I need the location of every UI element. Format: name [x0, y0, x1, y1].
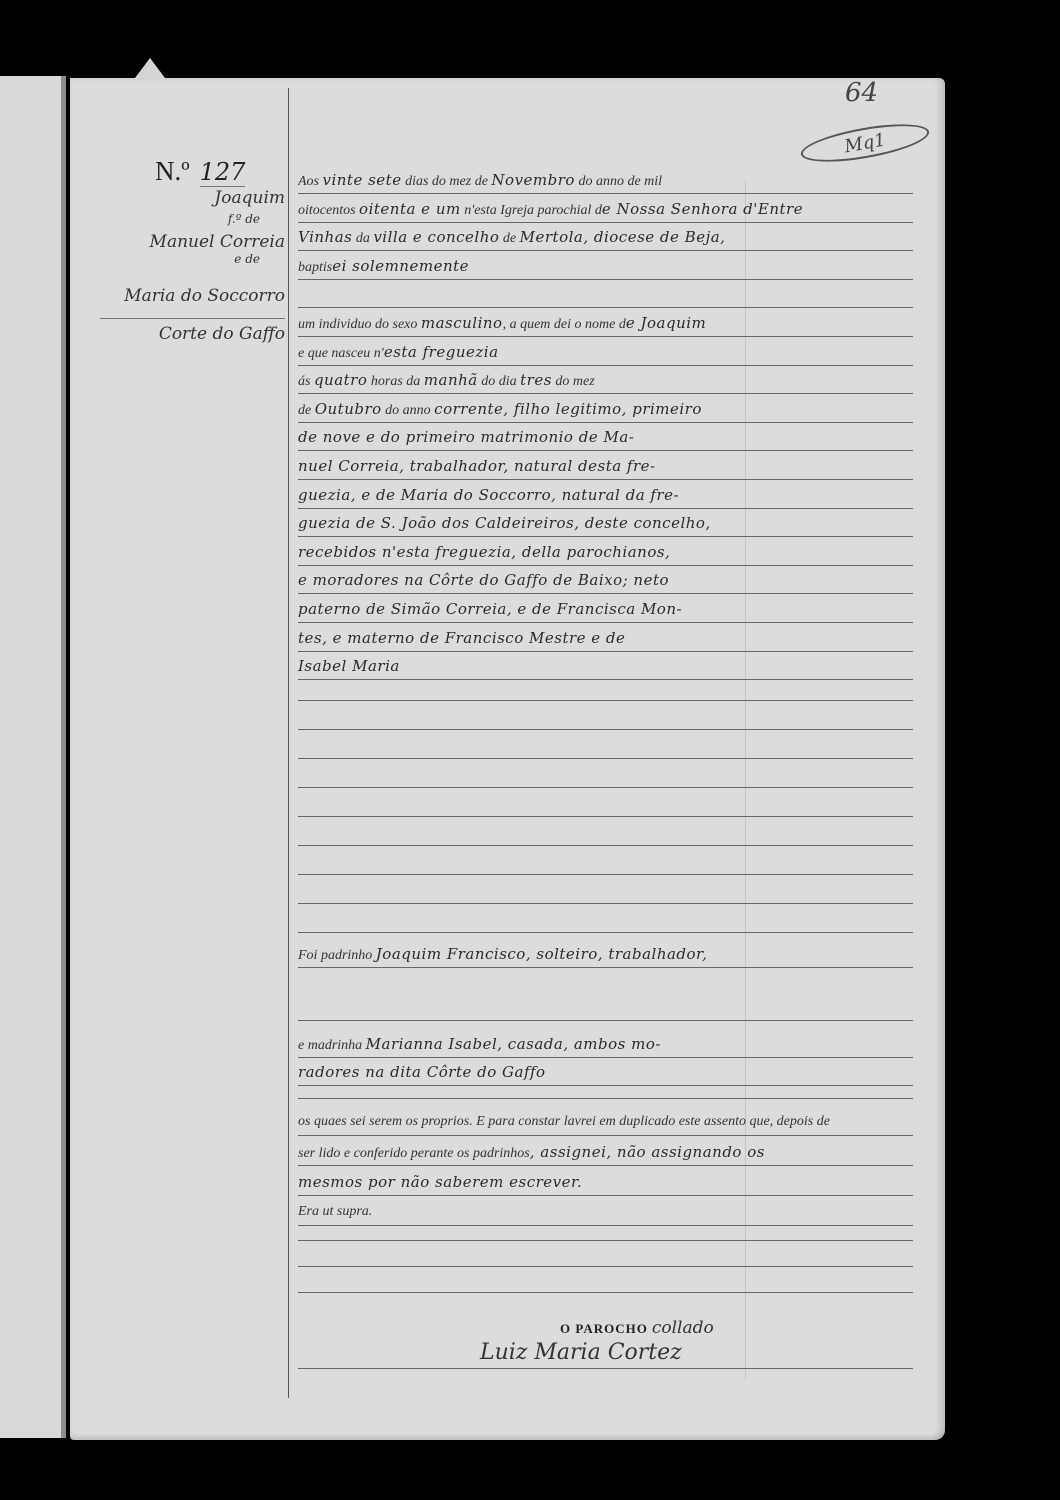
register-line: nuel Correia, trabalhador, natural desta…: [298, 452, 913, 480]
register-line: [298, 280, 913, 308]
blank-rule: [298, 816, 913, 817]
entry-number-label: N.º: [155, 156, 190, 186]
handwritten-text: paterno de Simão Correia, e de Francisca…: [298, 600, 682, 618]
margin-column-rule: [288, 88, 289, 1398]
printed-text: Era ut supra.: [298, 1204, 372, 1219]
blank-rule: [298, 874, 913, 875]
register-line: baptisei solemnemente: [298, 252, 913, 280]
handwritten-text: Novembro: [491, 171, 575, 189]
handwritten-text: Marianna Isabel, casada, ambos mo-: [366, 1035, 661, 1053]
printed-text: do dia: [478, 374, 520, 389]
blank-rule: [298, 1266, 913, 1267]
signature-rule: [298, 1368, 913, 1369]
handwritten-text: guezia de S. João dos Caldeireiros, dest…: [298, 514, 711, 532]
blank-rule: [298, 1098, 913, 1099]
printed-text: horas da: [367, 374, 423, 389]
handwritten-text: corrente, filho legitimo, primeiro: [434, 400, 702, 418]
entry-number: N.º127: [155, 156, 245, 187]
blank-rule: [298, 700, 913, 701]
printed-text: ás: [298, 374, 314, 389]
priest-signature: Luiz Maria Cortez: [480, 1340, 682, 1365]
printed-text: os quaes sei serem os proprios. E para c…: [298, 1114, 830, 1129]
printed-text: n'esta Igreja parochial d: [461, 203, 602, 218]
handwritten-text: e Nossa Senhora d'Entre: [602, 200, 803, 218]
handwritten-text: Joaquim Francisco, solteiro, trabalhador…: [376, 945, 708, 963]
handwritten-text: radores na dita Côrte do Gaffo: [298, 1063, 546, 1081]
handwritten-text: guezia, e de Maria do Soccorro, natural …: [298, 486, 679, 504]
parish-priest-label: O PAROCHOcollado: [560, 1318, 714, 1338]
blank-rule: [298, 1020, 913, 1021]
handwritten-text: tres: [520, 371, 552, 389]
blank-rule: [298, 729, 913, 730]
printed-text: , a quem dei o nome d: [503, 317, 626, 332]
blank-rule: [298, 932, 913, 933]
handwritten-text: Vinhas: [298, 228, 352, 246]
margin-name: Joaquim: [110, 188, 285, 208]
printed-text: baptis: [298, 260, 332, 275]
printed-text: um individuo do sexo: [298, 317, 421, 332]
register-line: de Outubro do anno corrente, filho legit…: [298, 395, 913, 423]
register-line: de nove e do primeiro matrimonio de Ma-: [298, 423, 913, 451]
register-line: guezia de S. João dos Caldeireiros, dest…: [298, 509, 913, 537]
handwritten-text: vinte sete: [323, 171, 402, 189]
margin-mother: Maria do Soccorro: [80, 286, 285, 306]
handwritten-text: manhã: [424, 371, 478, 389]
register-line: Era ut supra.: [298, 1198, 913, 1226]
register-line: recebidos n'esta freguezia, della paroch…: [298, 538, 913, 566]
register-line: radores na dita Côrte do Gaffo: [298, 1058, 913, 1086]
handwritten-text: ei solemnemente: [332, 257, 469, 275]
register-line: os quaes sei serem os proprios. E para c…: [298, 1108, 913, 1136]
handwritten-text: de nove e do primeiro matrimonio de Ma-: [298, 428, 634, 446]
facing-page-edge: [0, 76, 66, 1438]
margin-place: Corte do Gaffo: [90, 324, 285, 344]
blank-rule: [298, 1240, 913, 1241]
register-line: e madrinha Marianna Isabel, casada, ambo…: [298, 1030, 913, 1058]
handwritten-text: , assignei, não assignando os: [530, 1143, 765, 1161]
handwritten-text: masculino: [421, 314, 503, 332]
handwritten-text: mesmos por não saberem escrever.: [298, 1173, 582, 1191]
entry-number-value: 127: [200, 158, 246, 187]
printed-text: da: [352, 231, 373, 246]
blank-rule: [298, 903, 913, 904]
handwritten-text: tes, e materno de Francisco Mestre e de: [298, 629, 625, 647]
handwritten-text: esta freguezia: [384, 343, 499, 361]
printed-text: oitocentos: [298, 203, 359, 218]
blank-rule: [298, 1292, 913, 1293]
register-line: um individuo do sexo masculino, a quem d…: [298, 309, 913, 337]
handwritten-text: recebidos n'esta freguezia, della paroch…: [298, 543, 670, 561]
parocho-title: collado: [652, 1318, 714, 1338]
parocho-label: O PAROCHO: [560, 1321, 648, 1336]
blank-rule: [298, 845, 913, 846]
printed-text: de: [298, 403, 315, 418]
register-line: Isabel Maria: [298, 652, 913, 680]
register-line: tes, e materno de Francisco Mestre e de: [298, 624, 913, 652]
handwritten-text: nuel Correia, trabalhador, natural desta…: [298, 457, 656, 475]
register-line: mesmos por não saberem escrever.: [298, 1168, 913, 1196]
register-line: Aos vinte sete dias do mez de Novembro d…: [298, 166, 913, 194]
margin-rule: [100, 318, 285, 319]
printed-text: e que nasceu n': [298, 346, 384, 361]
page-tear: [135, 58, 165, 78]
margin-son-of: f.º de: [110, 212, 260, 226]
printed-text: Aos: [298, 174, 323, 189]
register-line: paterno de Simão Correia, e de Francisca…: [298, 595, 913, 623]
register-line: Foi padrinho Joaquim Francisco, solteiro…: [298, 940, 913, 968]
handwritten-text: quatro: [314, 371, 367, 389]
printed-text: do anno de mil: [575, 174, 662, 189]
handwritten-text: oitenta e um: [359, 200, 461, 218]
printed-text: de: [499, 231, 519, 246]
margin-and: e de: [110, 252, 260, 266]
handwritten-text: e Joaquim: [626, 314, 706, 332]
handwritten-text: Outubro: [315, 400, 382, 418]
register-line: e que nasceu n'esta freguezia: [298, 338, 913, 366]
handwritten-text: villa e concelho: [373, 228, 499, 246]
folio-number: 64: [845, 78, 878, 108]
blank-rule: [298, 758, 913, 759]
handwritten-text: e moradores na Côrte do Gaffo de Baixo; …: [298, 571, 669, 589]
register-line: guezia, e de Maria do Soccorro, natural …: [298, 481, 913, 509]
printed-text: do anno: [382, 403, 435, 418]
printed-text: do mez: [552, 374, 595, 389]
handwritten-text: Isabel Maria: [298, 657, 400, 675]
register-line: ás quatro horas da manhã do dia tres do …: [298, 366, 913, 394]
handwritten-text: Mertola, diocese de Beja,: [520, 228, 726, 246]
margin-father: Manuel Correia: [90, 232, 285, 252]
register-line: oitocentos oitenta e um n'esta Igreja pa…: [298, 195, 913, 223]
printed-text: ser lido e conferido perante os padrinho…: [298, 1146, 530, 1161]
register-line: ser lido e conferido perante os padrinho…: [298, 1138, 913, 1166]
register-line: Vinhas da villa e concelho de Mertola, d…: [298, 223, 913, 251]
printed-text: dias do mez de: [402, 174, 492, 189]
blank-rule: [298, 787, 913, 788]
register-line: e moradores na Côrte do Gaffo de Baixo; …: [298, 566, 913, 594]
printed-text: Foi padrinho: [298, 948, 376, 963]
printed-text: e madrinha: [298, 1038, 366, 1053]
